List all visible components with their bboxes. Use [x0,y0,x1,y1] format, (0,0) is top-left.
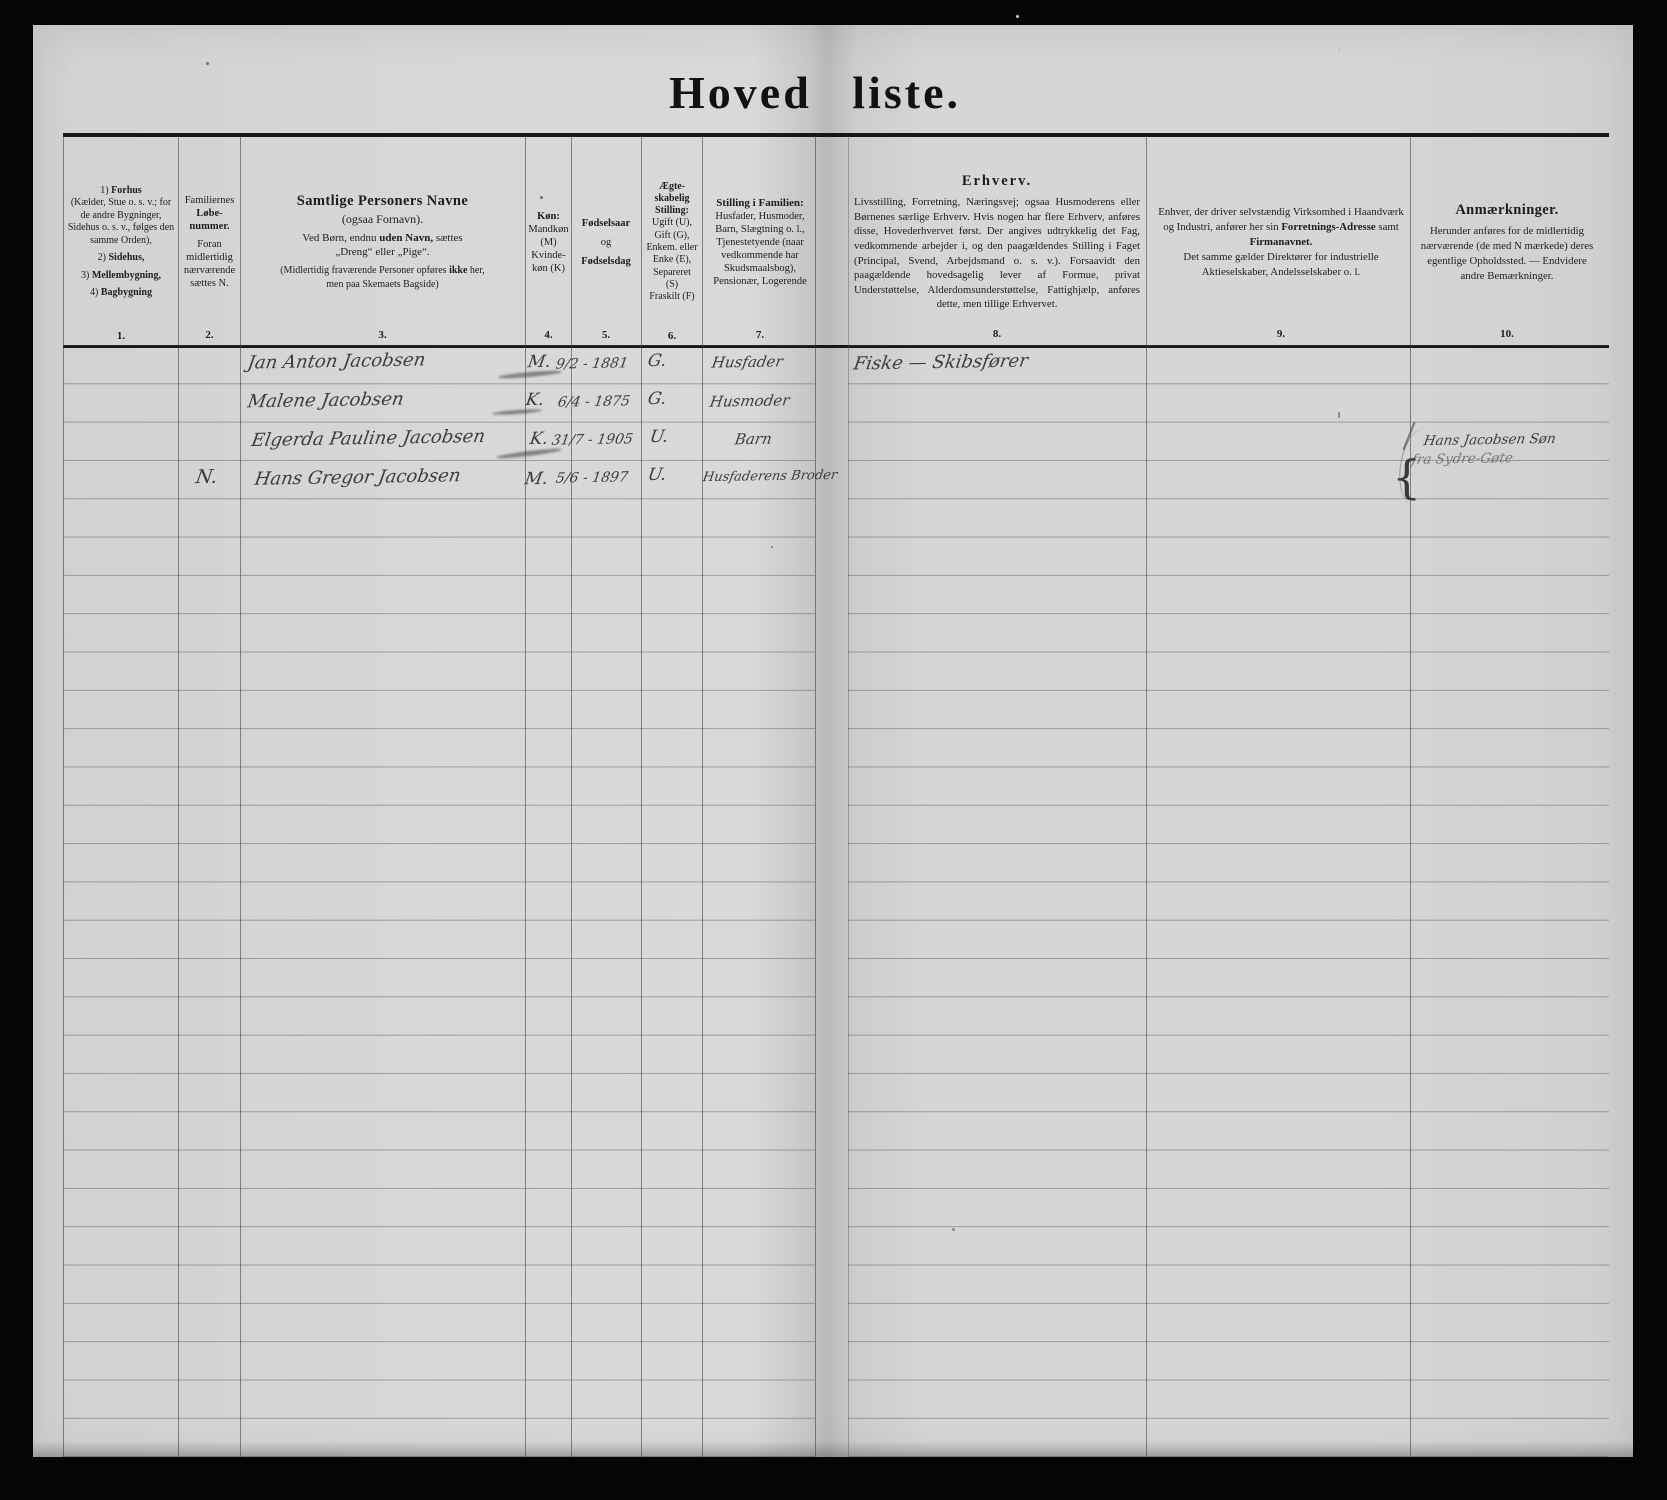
building-item-3: 3) Mellembygning, [81,270,161,283]
column-number-7: 7. [705,329,815,342]
column-number-4: 4. [526,329,571,342]
entry-marital: U. [648,427,669,447]
entry-marital: U. [646,465,667,485]
business-address-paragraph: Enhver, der driver selvstændig Virksomhe… [1152,205,1410,250]
names-note-1: Ved Børn, endnu uden Navn, sættes [302,231,462,245]
column-header-family-number: Familiernes Løbe- nummer. Foran midlerti… [180,142,239,342]
column-number-8: 8. [854,327,1140,342]
occupation-title: Erhverv. [962,172,1032,190]
row-lines-left-page [63,345,815,1457]
entry-birthdate: 9/2 - 1881 [555,355,630,372]
remarks-title: Anmærkninger. [1455,201,1558,219]
column-number-9: 9. [1152,327,1410,342]
building-paren: (Kælder, Stue o. s. v.; for de andre Byg… [66,197,176,247]
column-header-building: 1) Forhus (Kælder, Stue o. s. v.; for de… [66,142,176,342]
column-number-5: 5. [573,329,639,342]
entry-family-position: Husfaderens Broder [702,468,839,485]
column-header-remarks: Anmærkninger. Herunder anføres for de mi… [1417,142,1597,342]
entry-name: Jan Anton Jacobsen [246,349,427,373]
entry-birthdate: 31/7 - 1905 [551,431,634,448]
header-top-rule [63,133,1609,137]
entry-sex: M. [526,352,552,372]
entry-marital: G. [646,389,668,409]
column-header-sex: Køn: Mandkøn (M) Kvinde- køn (K) 4. [526,142,571,342]
names-title: Samtlige Personers Navne [297,192,469,210]
column-number-6: 6. [644,330,700,342]
entry-birthdate: 5/6 - 1897 [555,469,630,486]
entry-family-number: N. [194,466,219,488]
entry-family-position: Husmoder [708,391,790,410]
ink-speck [952,1228,955,1231]
column-header-business-address: Enhver, der driver selvstændig Virksomhe… [1152,142,1410,342]
entry-name: Malene Jacobsen [246,389,405,413]
entry-occupation: Fiske — Skibsfører [852,350,1029,374]
entry-family-position: Husfader [710,352,784,371]
entry-name: Hans Gregor Jacobsen [253,465,462,490]
ink-speck [540,196,543,199]
column-number-10: 10. [1417,327,1597,342]
entry-sex: M. [523,469,549,489]
entry-sex: K. [528,429,549,449]
column-header-occupation: Erhverv. Livsstilling, Forretning, Nærin… [854,142,1140,342]
page-fold-rule [815,136,816,1457]
ink-speck [206,62,209,65]
dust-speck [1338,49,1340,51]
margin-note-line-1: Hans Jacobsen Søn [1423,431,1557,449]
dust-speck [1016,15,1019,18]
column-header-birthdate: Fødselsaar og Fødselsdag 5. [573,142,639,342]
column-number-2: 2. [180,329,239,342]
entry-birthdate: 6/4 - 1875 [557,393,632,410]
column-number-1: 1. [66,330,176,343]
building-item-4: 4) Bagbygning [90,287,152,300]
column-header-marital-status: Ægte- skabelig Stilling: Ugift (U), Gift… [644,142,700,342]
column-header-family-position: Stilling i Familien: Husfader, Husmoder,… [705,142,815,342]
scanned-census-page: Hoved liste. 1) Forhus (Kælder, Stue o. … [0,0,1667,1500]
ink-speck [1338,412,1340,418]
column-number-3: 3. [243,328,522,342]
names-note-2: (Midlertidig fraværende Personer opføres… [280,264,485,278]
building-item-2: 2) Sidehus, [98,252,145,265]
entry-name: Elgerda Pauline Jacobsen [250,426,487,451]
entry-marital: G. [646,351,668,371]
column-header-names: Samtlige Personers Navne (ogsaa Fornavn)… [243,142,522,342]
entry-family-position: Barn [734,430,774,449]
row-lines-right-page [848,345,1609,1457]
ink-speck [771,546,773,548]
building-item-1: 1) Forhus [100,185,141,198]
entry-sex: K. [524,390,545,410]
page-title: Hoved liste. [669,66,961,119]
